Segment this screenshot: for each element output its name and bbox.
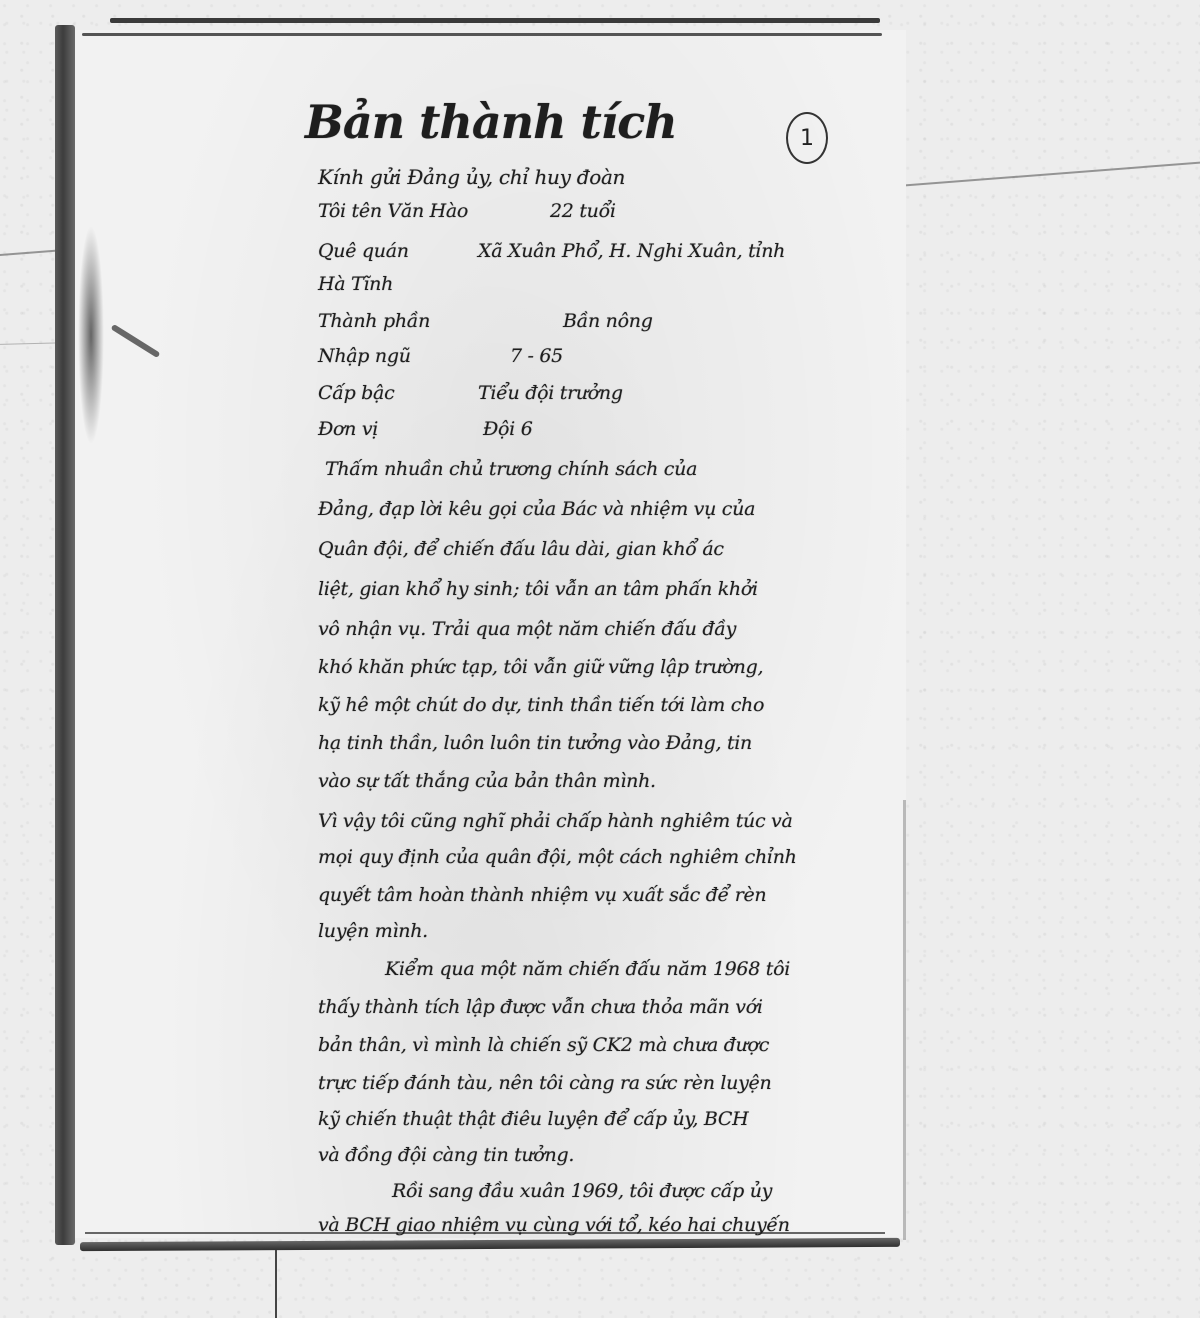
body-line: Đảng, đạp lời kêu gọi của Bác và nhiệm v…: [318, 498, 755, 520]
body-line: thấy thành tích lập được vẫn chưa thỏa m…: [318, 996, 763, 1018]
body-line: quyết tâm hoàn thành nhiệm vụ xuất sắc đ…: [318, 884, 766, 906]
body-line: luyện mình.: [318, 920, 428, 942]
ink-smudge: [78, 225, 104, 445]
body-line: kỹ hê một chút do dự, tinh thần tiến tới…: [318, 694, 764, 716]
body-line: hạ tinh thần, luôn luôn tin tưởng vào Đả…: [318, 732, 752, 754]
field-label: Cấp bậc: [318, 382, 394, 404]
body-line: vô nhận vụ. Trải qua một năm chiến đấu đ…: [318, 618, 736, 640]
stand-line: [275, 1250, 277, 1318]
body-line: Vì vậy tôi cũng nghĩ phải chấp hành nghi…: [318, 810, 793, 832]
age-value: 22 tuổi: [550, 200, 616, 222]
body-line: khó khăn phức tạp, tôi vẫn giữ vững lập …: [318, 656, 763, 678]
field-label: Quê quán: [318, 240, 409, 262]
body-line: Quân đội, để chiến đấu lâu dài, gian khổ…: [318, 538, 724, 560]
document-frame-top-inner: [82, 33, 882, 36]
body-line: trực tiếp đánh tàu, nên tôi càng ra sức …: [318, 1072, 771, 1094]
field-value: Tiểu đội trưởng: [478, 382, 623, 404]
document-frame-bottom: [80, 1238, 900, 1251]
body-line: và đồng đội càng tin tưởng.: [318, 1144, 574, 1166]
field-label: Thành phần: [318, 310, 430, 332]
field-value: Xã Xuân Phổ, H. Nghi Xuân, tỉnh: [478, 240, 785, 262]
document-frame-top: [110, 18, 880, 23]
body-line: mọi quy định của quân đội, một cách nghi…: [318, 846, 797, 868]
body-line: Thấm nhuần chủ trương chính sách của: [325, 458, 697, 480]
body-line: Kiểm qua một năm chiến đấu năm 1968 tôi: [385, 958, 790, 980]
body-line: bản thân, vì mình là chiến sỹ CK2 mà chư…: [318, 1034, 769, 1056]
field-label: Hà Tĩnh: [318, 273, 393, 295]
field-label: Đơn vị: [318, 418, 378, 440]
document-frame-right: [903, 800, 906, 1240]
field-value: Đội 6: [483, 418, 532, 440]
document-title: Bản thành tích: [305, 95, 677, 149]
body-line: vào sự tất thắng của bản thân mình.: [318, 770, 656, 792]
salutation: Kính gửi Đảng ủy, chỉ huy đoàn: [318, 165, 625, 189]
document-frame-left: [55, 25, 75, 1245]
field-label: Nhập ngũ: [318, 345, 411, 367]
field-value: 7 - 65: [510, 345, 563, 367]
field-value: Bần nông: [563, 310, 653, 332]
body-line: kỹ chiến thuật thật điêu luyện để cấp ủy…: [318, 1108, 748, 1130]
body-line: liệt, gian khổ hy sinh; tôi vẫn an tâm p…: [318, 578, 758, 600]
body-line: và BCH giao nhiệm vụ cùng với tổ, kéo ha…: [318, 1214, 790, 1236]
body-line: Rồi sang đầu xuân 1969, tôi được cấp ủy: [392, 1180, 772, 1202]
name-label: Tôi tên Văn Hào: [318, 200, 468, 222]
page-number-badge: 1: [786, 112, 828, 164]
